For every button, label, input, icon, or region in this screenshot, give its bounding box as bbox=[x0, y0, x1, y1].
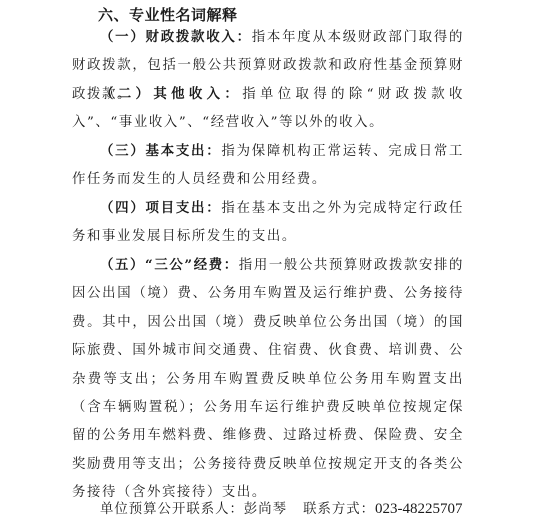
definition-term: （三）基本支出： bbox=[100, 143, 221, 159]
definition-other-income: （二）其他收入：指单位取得的除“财政拨款收入”、“事业收入”、“经营收入”等以外… bbox=[72, 80, 464, 138]
phone-label: 联系方式： bbox=[303, 502, 375, 517]
definition-basic-expenditure: （三）基本支出：指为保障机构正常运转、完成日常工作任务而发生的人员经费和公用经费… bbox=[72, 137, 464, 195]
contact-label: 单位预算公开联系人： bbox=[100, 502, 244, 517]
definition-three-public-expenses: （五）“三公”经费：指用一般公共预算财政拨款安排的因公出国（境）费、公务用车购置… bbox=[72, 251, 464, 508]
section-heading: 六、专业性名词解释 bbox=[98, 4, 238, 25]
definition-project-expenditure: （四）项目支出：指在基本支出之外为完成特定行政任务和事业发展目标所发生的支出。 bbox=[72, 194, 464, 252]
definition-term: （五）“三公”经费： bbox=[100, 257, 239, 273]
definition-term: （一）财政拨款收入： bbox=[100, 29, 252, 45]
definition-text: 指用一般公共预算财政拨款安排的因公出国（境）费、公务用车购置及运行维护费、公务接… bbox=[72, 258, 464, 500]
contact-footer: 单位预算公开联系人：彭尚琴联系方式：023-48225707 bbox=[100, 498, 463, 518]
phone-value: 023-48225707 bbox=[375, 501, 463, 517]
definition-term: （四）项目支出： bbox=[100, 200, 221, 216]
definition-term: （二）其他收入： bbox=[100, 86, 242, 102]
contact-name: 彭尚琴 bbox=[244, 502, 287, 517]
